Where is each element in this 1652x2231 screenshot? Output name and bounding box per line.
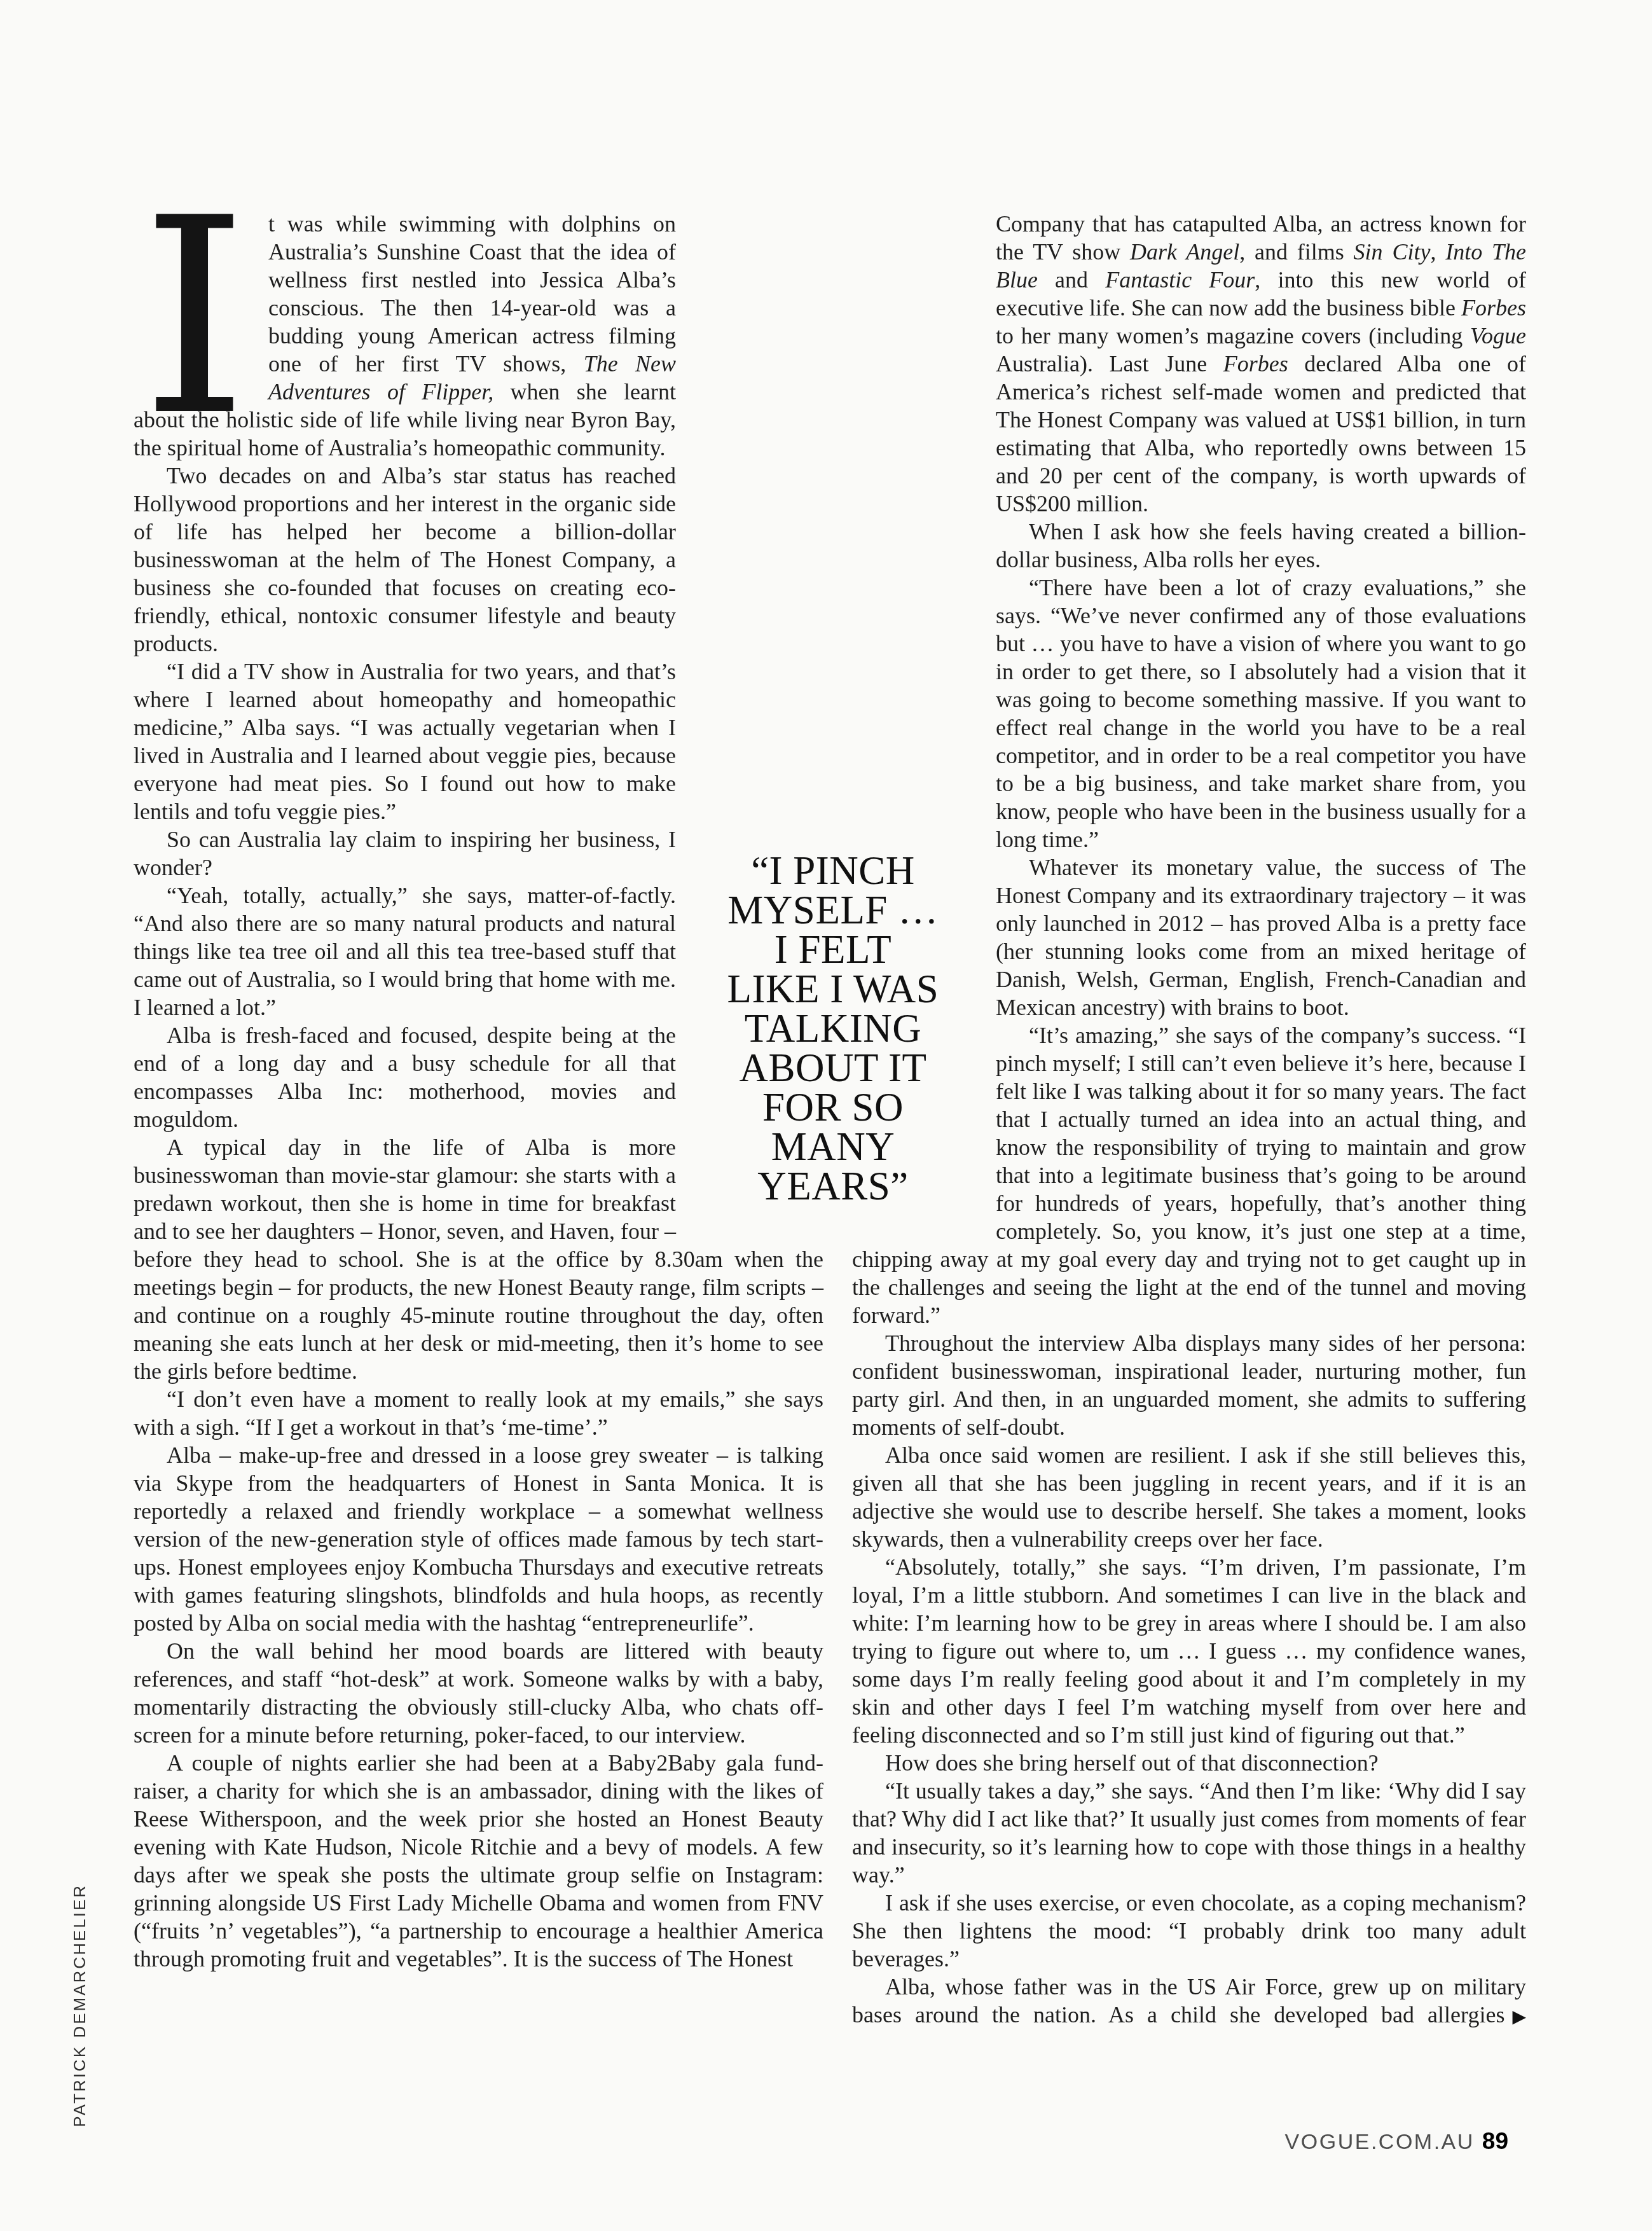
pull-quote: “I PINCHMYSELF …I FELTLIKE I WASTALKINGA… bbox=[671, 851, 995, 1206]
footer-page-number: 89 bbox=[1482, 2128, 1508, 2154]
dropcap-space bbox=[134, 210, 268, 406]
article-paragraph: Alba, whose father was in the US Air For… bbox=[852, 1973, 1526, 2031]
article-paragraph: “Absolutely, totally,” she says. “I’m dr… bbox=[852, 1553, 1526, 1749]
article-paragraph: How does she bring herself out of that d… bbox=[852, 1749, 1526, 1777]
article-paragraph: A couple of nights earlier she had been … bbox=[134, 1749, 823, 1973]
article-paragraph: I ask if she uses exercise, or even choc… bbox=[852, 1889, 1526, 1973]
continuation-arrow-icon: ▶ bbox=[1504, 2006, 1526, 2027]
page-footer: VOGUE.COM.AU89 bbox=[1285, 2128, 1508, 2155]
article-paragraph: Two decades on and Alba’s star status ha… bbox=[134, 462, 823, 658]
article-paragraph: “I did a TV show in Australia for two ye… bbox=[134, 658, 823, 825]
article-paragraph: Alba – make-up-free and dressed in a loo… bbox=[134, 1441, 823, 1637]
article-paragraph: On the wall behind her mood boards are l… bbox=[134, 1637, 823, 1749]
article-paragraph: Throughout the interview Alba displays m… bbox=[852, 1329, 1526, 1441]
article-paragraph: “There have been a lot of crazy evaluati… bbox=[852, 574, 1526, 853]
article-paragraph: When I ask how she feels having created … bbox=[852, 518, 1526, 574]
article-paragraph: “It usually takes a day,” she says. “And… bbox=[852, 1777, 1526, 1889]
paragraph-text: Alba, whose father was in the US Air For… bbox=[852, 1974, 1526, 2027]
photographer-credit: PATRICK DEMARCHELIER bbox=[70, 1884, 90, 2127]
article-paragraph: Alba once said women are resilient. I as… bbox=[852, 1441, 1526, 1553]
magazine-page: PATRICK DEMARCHELIER I t was while swimm… bbox=[0, 0, 1652, 2231]
article-paragraph: “I don’t even have a moment to really lo… bbox=[134, 1385, 823, 1441]
article-paragraph: Company that has catapulted Alba, an act… bbox=[852, 210, 1526, 518]
footer-site-url: VOGUE.COM.AU bbox=[1285, 2130, 1475, 2154]
